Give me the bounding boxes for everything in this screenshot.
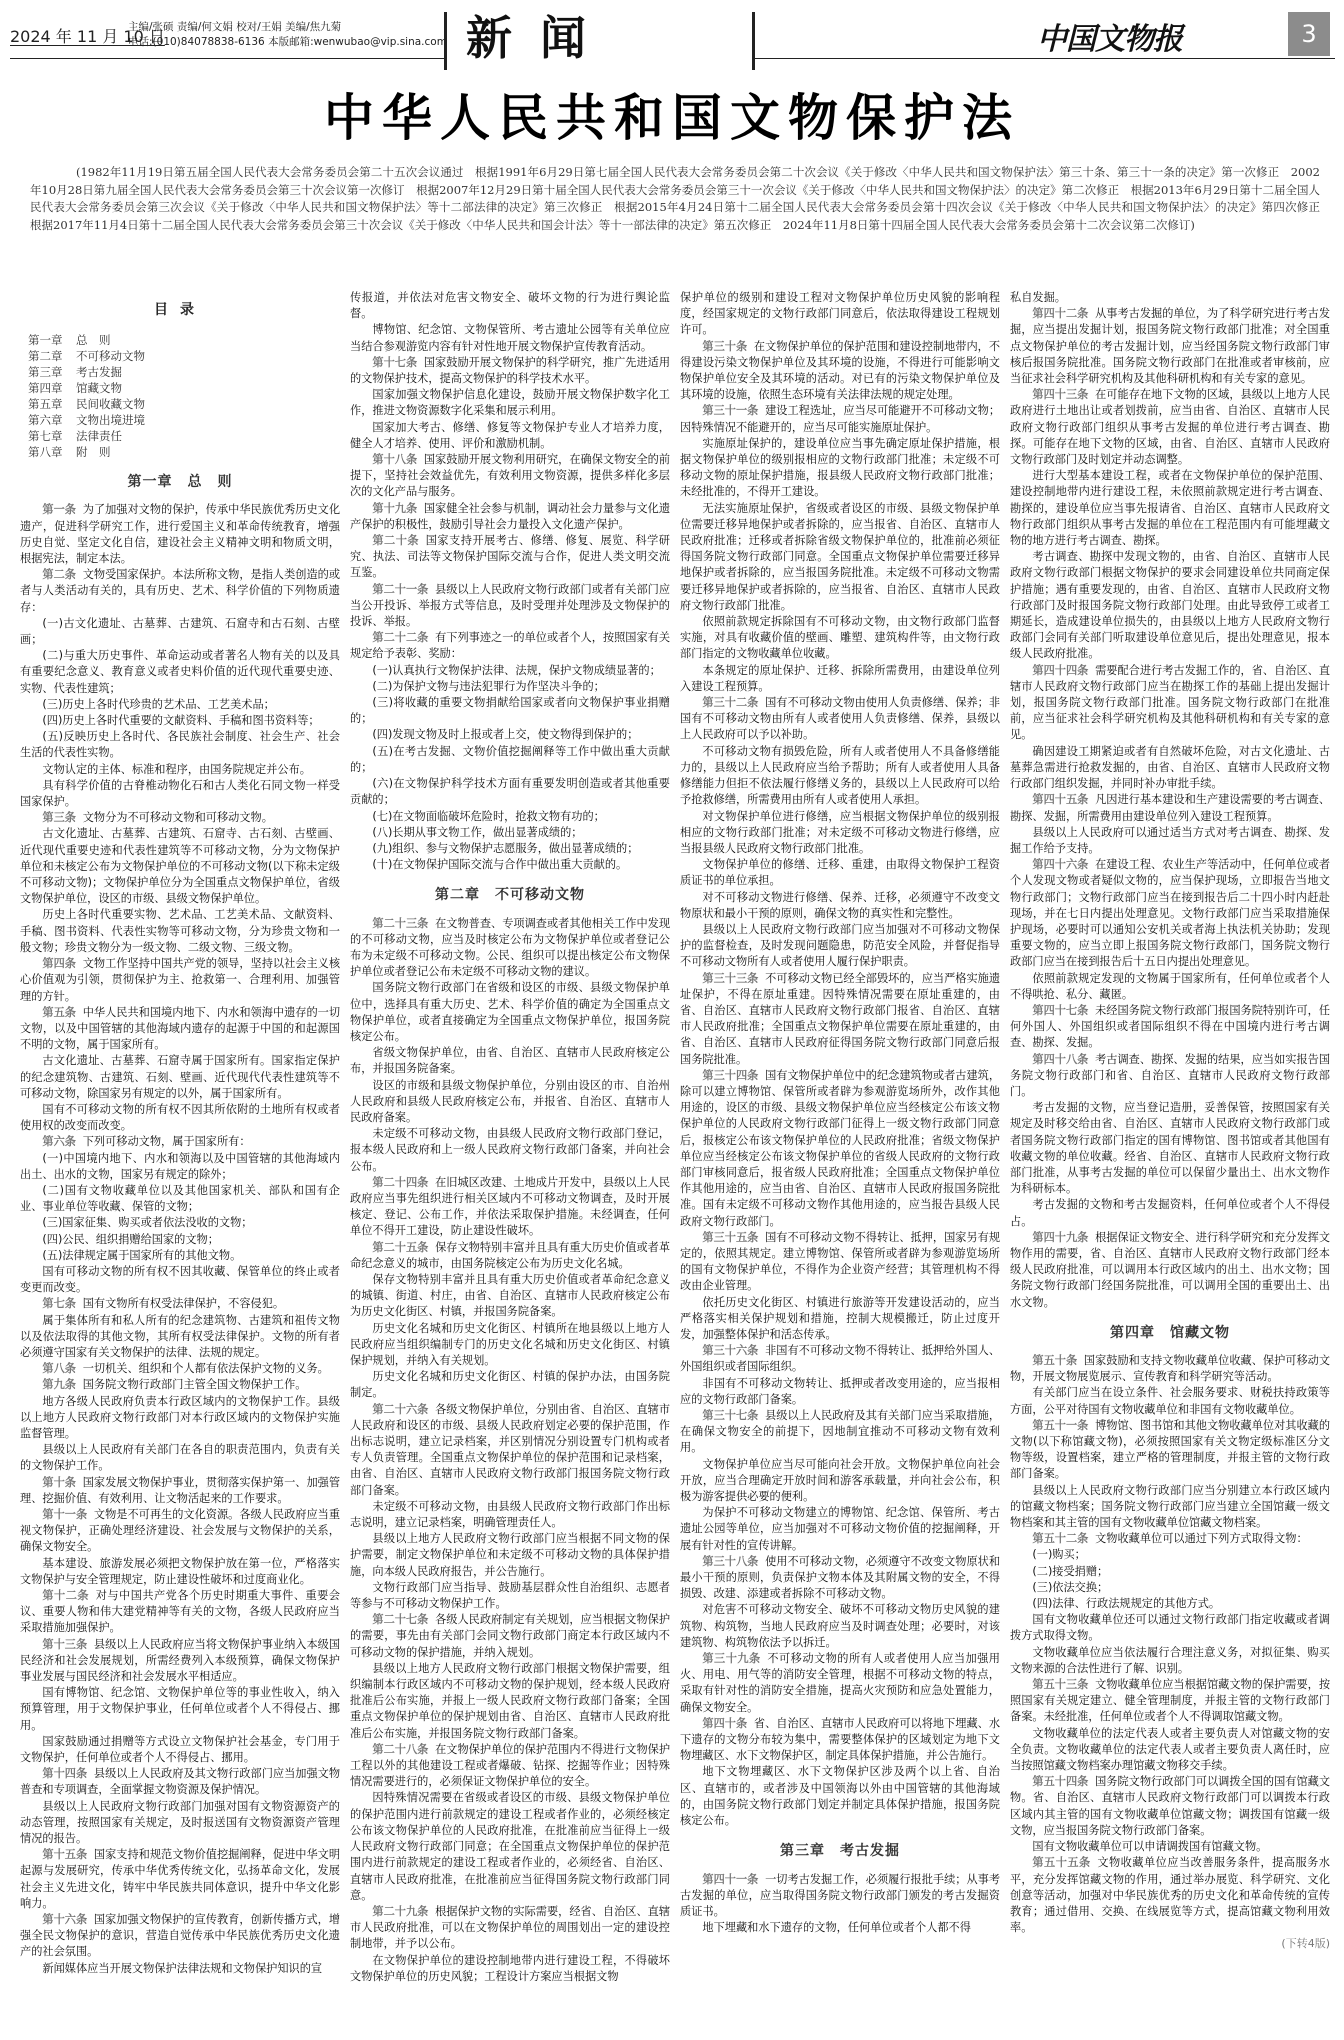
law-article: 第十九条国家健全社会参与机制，调动社会力量参与文化遗产保护的积极性，鼓励引导社会… (350, 501, 670, 533)
law-paragraph: 地方各级人民政府负责本行政区域内的文物保护工作。县级以上地方人民政府文物行政部门… (20, 1394, 340, 1443)
law-article: 第三十二条国有不可移动文物由使用人负责修缮、保养；非国有不可移动文物由所有人或者… (680, 695, 1000, 744)
paragraph-list: 私自发掘。第四十二条从事考古发掘的单位，为了科学研究进行考古发掘，应当提出发掘计… (1010, 290, 1330, 1311)
article-text: 历史文化名城和历史文化街区、村镇的保护办法，由国务院制定。 (350, 1370, 670, 1399)
article-number: 第十八条 (372, 453, 417, 466)
law-article: 第三十九条不可移动文物的所有人或者使用人应当加强用火、用电、用气等的消防安全管理… (680, 1651, 1000, 1716)
article-number: 第二十五条 (372, 1241, 428, 1254)
law-article: 第三十七条县级以上人民政府及其有关部门应当采取措施，在确保文物安全的前提下，因地… (680, 1408, 1000, 1457)
article-text: (九)组织、参与文物保护志愿服务，做出显著成绩的； (372, 842, 638, 855)
law-article: 第三十六条非国有不可移动文物不得转让、抵押给外国人、外国组织或者国际组织。 (680, 1343, 1000, 1375)
article-text: 国有文物保护单位中的纪念建筑物或者古建筑，除可以建立博物馆、保管所或者辟为参观游… (680, 1069, 1000, 1228)
law-paragraph: 国有博物馆、纪念馆、文物保护单位等的事业性收入，纳入预算管理，用于文物保护事业，… (20, 1685, 340, 1734)
article-text: 古文化遗址、古墓葬、石窟寺属于国家所有。国家指定保护的纪念建筑物、古建筑、石刻、… (20, 1054, 340, 1099)
law-paragraph: 在文物保护单位的建设控制地带内进行建设工程，不得破坏文物保护单位的历史风貌；工程… (350, 1953, 670, 1985)
article-text: 省级文物保护单位，由省、自治区、直辖市人民政府核定公布，并报国务院备案。 (350, 1046, 670, 1075)
law-paragraph: 历史文化名城和历史文化街区、村镇所在地县级以上地方人民政府应当组织编制专门的历史… (350, 1321, 670, 1370)
toc-chapter-number: 第七章 (28, 428, 76, 444)
table-of-contents: 第一章总 则第二章不可移动文物第三章考古发掘第四章馆藏文物第五章民间收藏文物第六… (20, 332, 340, 460)
article-text: (三)国家征集、购买或者依法没收的文物； (42, 1216, 252, 1229)
law-article: 第十三条县级以上人民政府应当将文物保护事业纳入本级国民经济和社会发展规划，所需经… (20, 1637, 340, 1686)
article-text: 新闻媒体应当开展文物保护法律法规和文物保护知识的宣 (42, 1962, 322, 1975)
law-article: 第十条国家发展文物保护事业，贯彻落实保护第一、加强管理、挖掘价值、有效利用、让文… (20, 1475, 340, 1507)
article-text: 县级以上人民政府文物行政部门应当分别建立本行政区域内的馆藏文物档案；国务院文物行… (1010, 1484, 1330, 1529)
law-paragraph: 依照前款规定拆除国有不可移动文物，由文物行政部门监督实施，对具有收藏价值的壁画、… (680, 614, 1000, 663)
article-text: (六)在文物保护科学技术方面有重要发明创造或者其他重要贡献的； (350, 777, 670, 806)
law-article: 第九条国务院文物行政部门主管全国文物保护工作。 (20, 1377, 340, 1393)
paragraph-list: 第一条为了加强对文物的保护，传承中华民族优秀历史文化遗产，促进科学研究工作，进行… (20, 502, 340, 1976)
law-article: 第十五条国家支持和规范文物价值挖掘阐释，促进中华文明起源与发展研究，传承中华优秀… (20, 1847, 340, 1912)
article-text: 县级以上地方人民政府文物行政部门应当根据不同文物的保护需要，制定文物保护单位和未… (350, 1532, 670, 1577)
law-paragraph: 古文化遗址、古墓葬、古建筑、石窟寺、古石刻、古壁画、近代现代重要史迹和代表性建筑… (20, 826, 340, 907)
chapter-heading: 第一章 总 则 (20, 474, 340, 490)
law-paragraph: 保存文物特别丰富并且具有重大历史价值或者革命纪念意义的城镇、街道、村庄，由省、自… (350, 1272, 670, 1321)
law-paragraph: (一)中国境内地下、内水和领海以及中国管辖的其他海域内出土、出水的文物，国家另有… (20, 1151, 340, 1183)
contact-line: 电话:(010)84078838-6136 本版邮箱:wenwubao@vip.… (128, 35, 447, 50)
article-text: 对不可移动文物进行修缮、保养、迁移，必须遵守不改变文物原状和最小干预的原则，确保… (680, 891, 1000, 920)
section-divider-left (444, 12, 447, 70)
article-text: 实施原址保护的，建设单位应当事先确定原址保护措施，根据文物保护单位的级别报相应的… (680, 437, 1000, 499)
toc-item[interactable]: 第一章总 则 (20, 332, 340, 348)
article-text: 县级以上人民政府文物行政部门应当加强对不可移动文物保护的监督检查，及时发现问题隐… (680, 923, 1000, 968)
law-article: 第十六条国家加强文物保护的宣传教育，创新传播方式，增强全民文物保护的意识，营造自… (20, 1912, 340, 1961)
section-name: 新闻 (466, 12, 614, 64)
law-paragraph: 考古调查、勘探中发现文物的，由省、自治区、直辖市人民政府文物行政部门根据文物保护… (1010, 549, 1330, 662)
article-number: 第三条 (42, 811, 76, 824)
law-paragraph: (三)历史上各时代珍贵的艺术品、工艺美术品； (20, 697, 340, 713)
article-number: 第二十一条 (372, 583, 428, 596)
law-article: 第五十二条文物收藏单位可以通过下列方式取得文物： (1010, 1531, 1330, 1547)
toc-chapter-number: 第四章 (28, 380, 76, 396)
column-3: 保护单位的级别和建设工程对文物保护单位历史风貌的影响程度，经国家规定的文物行政部… (680, 290, 1000, 2030)
article-text: 文物收藏单位可以通过下列方式取得文物： (1095, 1532, 1308, 1545)
law-paragraph: 国家鼓励通过捐赠等方式设立文物保护社会基金，专门用于文物保护，任何单位或者个人不… (20, 1734, 340, 1766)
article-number: 第四十九条 (1032, 1231, 1088, 1244)
law-paragraph: 国有文物收藏单位还可以通过文物行政部门指定收藏或者调拨方式取得文物。 (1010, 1612, 1330, 1644)
article-text: 考古调查、勘探中发现文物的，由省、自治区、直辖市人民政府文物行政部门根据文物保护… (1010, 550, 1330, 660)
article-title: 中华人民共和国文物保护法 (0, 88, 1344, 148)
law-paragraph: 县级以上人民政府文物行政部门加强对国有文物资源资产的动态管理，按照国家有关规定，… (20, 1799, 340, 1848)
article-text: (四)法律、行政法规规定的其他方式。 (1032, 1597, 1220, 1610)
article-text: 文物分为不可移动文物和可移动文物。 (83, 811, 273, 824)
article-number: 第五十五条 (1032, 1856, 1090, 1869)
law-paragraph: 地下文物埋藏区、水下文物保护区涉及两个以上省、自治区、直辖市的，或者涉及中国领海… (680, 1764, 1000, 1829)
article-text: 国有文物收藏单位还可以通过文物行政部门指定收藏或者调拨方式取得文物。 (1010, 1613, 1330, 1642)
article-text: 地下埋藏和水下遗存的文物，任何单位或者个人都不得 (702, 1921, 971, 1934)
law-paragraph: (三)国家征集、购买或者依法没收的文物； (20, 1215, 340, 1231)
law-article: 第三十条在文物保护单位的保护范围和建设控制地带内，不得建设污染文物保护单位及其环… (680, 339, 1000, 404)
law-paragraph: 本条规定的原址保护、迁移、拆除所需费用，由建设单位列入建设工程预算。 (680, 663, 1000, 695)
article-text: 文物收藏单位的法定代表人或者主要负责人对馆藏文物的安全负责。文物收藏单位的法定代… (1010, 1727, 1330, 1772)
law-paragraph: (三)将收藏的重要文物捐献给国家或者向文物保护事业捐赠的； (350, 695, 670, 727)
law-paragraph: (四)发现文物及时上报或者上交，使文物得到保护的； (350, 727, 670, 743)
law-paragraph: (四)历史上各时代重要的文献资料、手稿和图书资料等； (20, 713, 340, 729)
article-text: 国有博物馆、纪念馆、文物保护单位等的事业性收入，纳入预算管理，用于文物保护事业，… (20, 1686, 340, 1731)
law-paragraph: 为保护不可移动文物建立的博物馆、纪念馆、保管所、考古遗址公园等单位，应当加强对不… (680, 1505, 1000, 1554)
article-text: 属于集体所有和私人所有的纪念建筑物、古建筑和祖传文物以及依法取得的其他文物，其所… (20, 1314, 340, 1359)
article-text: 保护单位的级别和建设工程对文物保护单位历史风貌的影响程度，经国家规定的文物行政部… (680, 291, 1000, 336)
law-article: 第五十五条文物收藏单位应当改善服务条件，提高服务水平，充分发挥馆藏文物的作用，通… (1010, 1855, 1330, 1936)
article-number: 第三十四条 (702, 1069, 758, 1082)
law-paragraph: 无法实施原址保护，省级或者设区的市级、县级文物保护单位需要迁移异地保护或者拆除的… (680, 501, 1000, 614)
paragraph-list: 传报道，并依法对危害文物安全、破坏文物的行为进行舆论监督。博物馆、纪念馆、文物保… (350, 290, 670, 873)
law-paragraph: (九)组织、参与文物保护志愿服务，做出显著成绩的； (350, 841, 670, 857)
toc-item[interactable]: 第二章不可移动文物 (20, 348, 340, 364)
article-text: (一)认真执行文物保护法律、法规，保护文物成绩显著的； (372, 664, 660, 677)
article-number: 第四十六条 (1032, 858, 1088, 871)
article-text: 在文物保护单位的建设控制地带内进行建设工程，不得破坏文物保护单位的历史风貌；工程… (350, 1954, 670, 1983)
article-text: 国家加强文物保护信息化建设，鼓励开展文物保护数字化工作，推进文物资源数字化采集和… (350, 388, 670, 417)
toc-item[interactable]: 第三章考古发掘 (20, 364, 340, 380)
law-paragraph: 地下埋藏和水下遗存的文物，任何单位或者个人都不得 (680, 1920, 1000, 1936)
law-paragraph: (五)在考古发掘、文物价值挖掘阐释等工作中做出重大贡献的； (350, 744, 670, 776)
law-article: 第一条为了加强对文物的保护，传承中华民族优秀历史文化遗产，促进科学研究工作，进行… (20, 502, 340, 567)
article-number: 第十四条 (42, 1767, 87, 1780)
article-text: 在建设工程、农业生产等活动中，任何单位或者个人发现文物或者疑似文物的，应当保护现… (1010, 858, 1330, 968)
law-article: 第二十六条各级文物保护单位，分别由省、自治区、直辖市人民政府和设区的市级、县级人… (350, 1402, 670, 1499)
law-paragraph: 具有科学价值的古脊椎动物化石和古人类化石同文物一样受国家保护。 (20, 778, 340, 810)
law-paragraph: 有关部门应当在设立条件、社会服务要求、财税扶持政策等方面，公平对待国有文物收藏单… (1010, 1385, 1330, 1417)
article-text: 国务院文物行政部门主管全国文物保护工作。 (83, 1378, 307, 1391)
article-text: (一)中国境内地下、内水和领海以及中国管辖的其他海域内出土、出水的文物，国家另有… (20, 1152, 340, 1181)
article-text: 国家鼓励通过捐赠等方式设立文物保护社会基金，专门用于文物保护，任何单位或者个人不… (20, 1735, 340, 1764)
law-paragraph: 属于集体所有和私人所有的纪念建筑物、古建筑和祖传文物以及依法取得的其他文物，其所… (20, 1313, 340, 1362)
law-article: 第四条文物工作坚持中国共产党的领导，坚持以社会主义核心价值观为引领，贯彻保护为主… (20, 956, 340, 1005)
law-article: 第三条文物分为不可移动文物和可移动文物。 (20, 810, 340, 826)
article-text: 文物收藏单位应当依法履行合理注意义务，对拟征集、购买文物来源的合法性进行了解、识… (1010, 1646, 1330, 1675)
law-article: 第四十九条根据保证文物安全、进行科学研究和充分发挥文物作用的需要，省、自治区、直… (1010, 1230, 1330, 1311)
law-article: 第二十五条保存文物特别丰富并且具有重大历史价值或者革命纪念意义的城市，由国务院核… (350, 1240, 670, 1272)
law-paragraph: 县级以上人民政府文物行政部门应当加强对不可移动文物保护的监督检查，及时发现问题隐… (680, 922, 1000, 971)
article-text: 古文化遗址、古墓葬、古建筑、石窟寺、古石刻、古壁画、近代现代重要史迹和代表性建筑… (20, 827, 340, 905)
article-text: 县级以上人民政府可以通过适当方式对考古调查、勘探、发掘工作给予支持。 (1010, 826, 1330, 855)
law-article: 第十七条国家鼓励开展文物保护的科学研究，推广先进适用的文物保护技术，提高文物保护… (350, 355, 670, 387)
article-number: 第二十条 (372, 534, 419, 547)
law-paragraph: 考古发掘的文物和考古发掘资料，任何单位或者个人不得侵占。 (1010, 1197, 1330, 1229)
toc-chapter-number: 第六章 (28, 412, 76, 428)
article-number: 第四十一条 (702, 1873, 758, 1886)
law-paragraph: 因特殊情况需要在省级或者设区的市级、县级文物保护单位的保护范围内进行前款规定的建… (350, 1790, 670, 1903)
article-text: 私自发掘。 (1010, 291, 1066, 304)
article-text: (五)法律规定属于国家所有的其他文物。 (42, 1249, 241, 1262)
law-article: 第二十条国家支持开展考古、修缮、修复、展览、科学研究、执法、司法等文物保护国际交… (350, 533, 670, 582)
law-article: 第二十八条在文物保护单位的保护范围内不得进行文物保护工程以外的其他建设工程或者爆… (350, 1742, 670, 1791)
law-paragraph: (六)在文物保护科学技术方面有重要发明创造或者其他重要贡献的； (350, 776, 670, 808)
article-number: 第三十一条 (702, 404, 758, 417)
article-text: (七)在文物面临破坏危险时，抢救文物有功的； (372, 810, 604, 823)
law-paragraph: (八)长期从事文物工作，做出显著成绩的； (350, 825, 670, 841)
toc-item[interactable]: 第八章附 则 (20, 444, 340, 460)
article-text: (四)发现文物及时上报或者上交，使文物得到保护的； (372, 728, 638, 741)
law-article: 第四十七条未经国务院文物行政部门报国务院特别许可，任何外国人、外国组织或者国际组… (1010, 1003, 1330, 1052)
toc-chapter-name: 附 则 (76, 445, 111, 459)
article-number: 第十五条 (42, 1848, 87, 1861)
law-article: 第二条文物受国家保护。本法所称文物，是指人类创造的或者与人类活动有关的，具有历史… (20, 567, 340, 616)
law-paragraph: 实施原址保护的，建设单位应当事先确定原址保护措施，根据文物保护单位的级别报相应的… (680, 436, 1000, 501)
article-text: 一切机关、组织和个人都有依法保护文物的义务。 (83, 1362, 329, 1375)
law-article: 第三十八条使用不可移动文物，必须遵守不改变文物原状和最小干预的原则，负责保护文物… (680, 1554, 1000, 1603)
article-number: 第十条 (42, 1476, 76, 1489)
article-body: 目录 第一章总 则第二章不可移动文物第三章考古发掘第四章馆藏文物第五章民间收藏文… (20, 290, 1334, 2030)
law-article: 第七条国有文物所有权受法律保护，不容侵犯。 (20, 1296, 340, 1312)
toc-title: 目录 (20, 302, 340, 318)
law-article: 第四十条省、自治区、直辖市人民政府可以将地下埋藏、水下遗存的文物分布较为集中，需… (680, 1716, 1000, 1765)
article-text: 下列可移动文物，属于国家所有： (83, 1135, 251, 1148)
toc-chapter-name: 文物出境进境 (76, 413, 145, 427)
law-preamble: (1982年11月19日第五届全国人民代表大会常务委员会第二十五次会议通过 根据… (30, 164, 1320, 234)
article-text: 基本建设、旅游发展必须把文物保护放在第一位，严格落实文物保护与安全管理规定，防止… (20, 1557, 340, 1586)
article-number: 第三十条 (702, 340, 747, 353)
article-number: 第二条 (42, 568, 76, 581)
toc-item[interactable]: 第六章文物出境进境 (20, 412, 340, 428)
law-paragraph: 县级以上人民政府文物行政部门应当分别建立本行政区域内的馆藏文物档案；国务院文物行… (1010, 1483, 1330, 1532)
article-text: 国家加大考古、修缮、修复等文物保护专业人才培养力度，健全人才培养、使用、评价和激… (350, 421, 670, 450)
article-text: 确因建设工期紧迫或者有自然破坏危险，对古文化遗址、古墓葬急需进行抢救发掘的，由省… (1010, 745, 1330, 790)
law-paragraph: 非国有不可移动文物转让、抵押或者改变用途的，应当报相应的文物行政部门备案。 (680, 1376, 1000, 1408)
article-text: 设区的市级和县级文物保护单位，分别由设区的市、自治州人民政府和县级人民政府核定公… (350, 1079, 670, 1124)
article-text: 未定级不可移动文物，由县级人民政府文物行政部门作出标志说明，建立记录档案，明确管… (350, 1500, 670, 1529)
article-text: 无法实施原址保护，省级或者设区的市级、县级文物保护单位需要迁移异地保护或者拆除的… (680, 502, 1000, 612)
law-article: 第四十一条一切考古发掘工作，必须履行报批手续；从事考古发掘的单位，应当取得国务院… (680, 1872, 1000, 1921)
toc-item[interactable]: 第七章法律责任 (20, 428, 340, 444)
article-text: 国有文物收藏单位可以申请调拨国有馆藏文物。 (1032, 1840, 1267, 1853)
law-paragraph: 依照前款规定发现的文物属于国家所有，任何单位或者个人不得哄抢、私分、藏匿。 (1010, 971, 1330, 1003)
article-text: 国有不可移动文物的所有权不因其所依附的土地所有权或者使用权的改变而改变。 (20, 1103, 340, 1132)
article-text: 非国有不可移动文物转让、抵押或者改变用途的，应当报相应的文物行政部门备案。 (680, 1377, 1000, 1406)
article-text: 依照前款规定拆除国有不可移动文物，由文物行政部门监督实施，对具有收藏价值的壁画、… (680, 615, 1000, 660)
article-number: 第二十三条 (372, 917, 428, 930)
editor-line: 主编/张硕 责编/何文娟 校对/王娟 美编/焦九菊 (128, 20, 447, 35)
article-text: 县级以上地方人民政府文物行政部门根据文物保护需要，组织编制本行政区域内不可移动文… (350, 1662, 670, 1740)
law-paragraph: 历史上各时代重要实物、艺术品、工艺美术品、文献资料、手稿、图书资料、代表性实物等… (20, 907, 340, 956)
law-article: 第四十六条在建设工程、农业生产等活动中，任何单位或者个人发现文物或者疑似文物的，… (1010, 857, 1330, 970)
article-number: 第二十六条 (372, 1403, 428, 1416)
article-text: (十)在文物保护国际交流与合作中做出重大贡献的。 (372, 858, 627, 871)
article-number: 第三十五条 (702, 1231, 758, 1244)
toc-chapter-name: 总 则 (76, 333, 111, 347)
article-text: 依照前款规定发现的文物属于国家所有，任何单位或者个人不得哄抢、私分、藏匿。 (1010, 972, 1330, 1001)
article-number: 第七条 (42, 1297, 76, 1310)
article-text: 为保护不可移动文物建立的博物馆、纪念馆、保管所、考古遗址公园等单位，应当加强对不… (680, 1506, 1000, 1551)
law-article: 第十一条文物是不可再生的文化资源。各级人民政府应当重视文物保护，正确处理经济建设… (20, 1507, 340, 1556)
toc-chapter-number: 第二章 (28, 348, 76, 364)
law-paragraph: 国务院文物行政部门在省级和设区的市级、县级文物保护单位中，选择具有重大历史、艺术… (350, 980, 670, 1045)
masthead-rule-left (10, 58, 444, 59)
article-number: 第三十九条 (702, 1652, 760, 1665)
law-paragraph: 国家加大考古、修缮、修复等文物保护专业人才培养力度，健全人才培养、使用、评价和激… (350, 420, 670, 452)
article-number: 第四十三条 (1032, 388, 1088, 401)
law-article: 第三十三条不可移动文物已经全部毁坏的，应当严格实施遗址保护，不得在原址重建。因特… (680, 971, 1000, 1068)
toc-chapter-name: 不可移动文物 (76, 349, 145, 363)
law-paragraph: 未定级不可移动文物，由县级人民政府文物行政部门作出标志说明，建立记录档案，明确管… (350, 1499, 670, 1531)
article-number: 第十三条 (42, 1638, 87, 1651)
article-number: 第一条 (42, 503, 76, 516)
law-paragraph: 传报道，并依法对危害文物安全、破坏文物的行为进行舆论监督。 (350, 290, 670, 322)
article-number: 第十一条 (42, 1508, 87, 1521)
article-text: (四)公民、组织捐赠给国家的文物； (42, 1233, 219, 1246)
article-number: 第三十二条 (702, 696, 758, 709)
law-paragraph: 对危害不可移动文物安全、破坏不可移动文物历史风貌的建筑物、构筑物，当地人民政府应… (680, 1602, 1000, 1651)
article-text: 进行大型基本建设工程，或者在文物保护单位的保护范围、建设控制地带内进行建设工程，… (1010, 469, 1330, 547)
law-paragraph: (七)在文物面临破坏危险时，抢救文物有功的； (350, 809, 670, 825)
newspaper-logo: 中国文物报 (1037, 14, 1182, 58)
column-4: 私自发掘。第四十二条从事考古发掘的单位，为了科学研究进行考古发掘，应当提出发掘计… (1010, 290, 1330, 2030)
article-number: 第十六条 (42, 1913, 87, 1926)
article-text: 地下文物埋藏区、水下文物保护区涉及两个以上省、自治区、直辖市的，或者涉及中国领海… (680, 1765, 1000, 1827)
article-text: 文物认定的主体、标准和程序，由国务院规定并公布。 (42, 763, 311, 776)
law-paragraph: 省级文物保护单位，由省、自治区、直辖市人民政府核定公布，并报国务院备案。 (350, 1045, 670, 1077)
toc-item[interactable]: 第五章民间收藏文物 (20, 396, 340, 412)
law-paragraph: 依托历史文化街区、村镇进行旅游等开发建设活动的，应当严格落实相关保护规划和措施，… (680, 1295, 1000, 1344)
article-text: 文物行政部门应当指导、鼓励基层群众性自治组织、志愿者等参与不可移动文物保护工作。 (350, 1581, 670, 1610)
law-paragraph: 古文化遗址、古墓葬、石窟寺属于国家所有。国家指定保护的纪念建筑物、古建筑、石刻、… (20, 1053, 340, 1102)
article-number: 第五十二条 (1032, 1532, 1088, 1545)
law-paragraph: (二)与重大历史事件、革命运动或者著名人物有关的以及具有重要纪念意义、教育意义或… (20, 648, 340, 697)
article-text: 国有可移动文物的所有权不因其收藏、保管单位的终止或者变更而改变。 (20, 1265, 340, 1294)
article-text: (四)历史上各时代重要的文献资料、手稿和图书资料等； (42, 714, 319, 727)
article-number: 第二十九条 (372, 1905, 428, 1918)
law-paragraph: 保护单位的级别和建设工程对文物保护单位历史风貌的影响程度，经国家规定的文物行政部… (680, 290, 1000, 339)
article-number: 第四十八条 (1032, 1053, 1088, 1066)
paragraph-list: 第四十一条一切考古发掘工作，必须履行报批手续；从事考古发掘的单位，应当取得国务院… (680, 1872, 1000, 1937)
toc-chapter-name: 考古发掘 (76, 365, 122, 379)
toc-chapter-name: 民间收藏文物 (76, 397, 145, 411)
law-paragraph: 对不可移动文物进行修缮、保养、迁移，必须遵守不改变文物原状和最小干预的原则，确保… (680, 890, 1000, 922)
law-paragraph: (一)认真执行文物保护法律、法规，保护文物成绩显著的； (350, 663, 670, 679)
article-number: 第四条 (42, 957, 76, 970)
law-article: 第十八条国家鼓励开展文物利用研究，在确保文物安全的前提下，坚持社会效益优先，有效… (350, 452, 670, 501)
law-paragraph: 国家加强文物保护信息化建设，鼓励开展文物保护数字化工作，推进文物资源数字化采集和… (350, 387, 670, 419)
law-article: 第四十二条从事考古发掘的单位，为了科学研究进行考古发掘，应当提出发掘计划，报国务… (1010, 306, 1330, 387)
law-article: 第五十四条国务院文物行政部门可以调拨全国的国有馆藏文物。省、自治区、直辖市人民政… (1010, 1774, 1330, 1839)
law-paragraph: (五)法律规定属于国家所有的其他文物。 (20, 1248, 340, 1264)
toc-chapter-number: 第三章 (28, 364, 76, 380)
article-number: 第五十条 (1032, 1354, 1077, 1367)
chapter-heading: 第四章 馆藏文物 (1010, 1325, 1330, 1341)
article-text: (八)长期从事文物工作，做出显著成绩的； (372, 826, 582, 839)
article-text: 历史上各时代重要实物、艺术品、工艺美术品、文献资料、手稿、图书资料、代表性实物等… (20, 908, 340, 953)
law-paragraph: (二)为保护文物与违法犯罪行为作坚决斗争的； (350, 679, 670, 695)
law-paragraph: 文物认定的主体、标准和程序，由国务院规定并公布。 (20, 762, 340, 778)
law-article: 第五十三条文物收藏单位应当根据馆藏文物的保护需要，按照国家有关规定建立、健全管理… (1010, 1677, 1330, 1726)
article-number: 第十九条 (372, 502, 417, 515)
article-text: (三)历史上各时代珍贵的艺术品、工艺美术品； (42, 698, 274, 711)
law-paragraph: 国有文物收藏单位可以申请调拨国有馆藏文物。 (1010, 1839, 1330, 1855)
article-text: (一)古文化遗址、古墓葬、古建筑、石窟寺和古石刻、古壁画； (20, 617, 340, 646)
law-article: 第五十一条博物馆、图书馆和其他文物收藏单位对其收藏的文物(以下称馆藏文物)，必须… (1010, 1418, 1330, 1483)
law-paragraph: (三)依法交换； (1010, 1580, 1330, 1596)
law-paragraph: (二)国有文物收藏单位以及其他国家机关、部队和国有企业、事业单位等收藏、保管的文… (20, 1183, 340, 1215)
article-number: 第五十四条 (1032, 1775, 1088, 1788)
law-paragraph: (二)接受捐赠； (1010, 1564, 1330, 1580)
law-paragraph: 文物收藏单位应当依法履行合理注意义务，对拟征集、购买文物来源的合法性进行了解、识… (1010, 1645, 1330, 1677)
chapter-heading: 第二章 不可移动文物 (350, 887, 670, 903)
article-number: 第六条 (42, 1135, 76, 1148)
article-number: 第十二条 (42, 1589, 89, 1602)
law-paragraph: 博物馆、纪念馆、文物保管所、考古遗址公园等有关单位应当结合参观游览内容有针对性地… (350, 322, 670, 354)
law-paragraph: 历史文化名城和历史文化街区、村镇的保护办法，由国务院制定。 (350, 1369, 670, 1401)
article-text: 地方各级人民政府负责本行政区域内的文物保护工作。县级以上地方人民政府文物行政部门… (20, 1395, 340, 1440)
law-paragraph: 考古发掘的文物，应当登记造册，妥善保管，按照国家有关规定及时移交给由省、自治区、… (1010, 1100, 1330, 1197)
article-text: (二)国有文物收藏单位以及其他国家机关、部队和国有企业、事业单位等收藏、保管的文… (20, 1184, 340, 1213)
toc-chapter-name: 法律责任 (76, 429, 122, 443)
law-paragraph: 国有不可移动文物的所有权不因其所依附的土地所有权或者使用权的改变而改变。 (20, 1102, 340, 1134)
law-paragraph: (四)法律、行政法规规定的其他方式。 (1010, 1596, 1330, 1612)
law-article: 第四十五条凡因进行基本建设和生产建设需要的考古调查、勘探、发掘，所需费用由建设单… (1010, 792, 1330, 824)
law-paragraph: (四)公民、组织捐赠给国家的文物； (20, 1232, 340, 1248)
article-number: 第三十三条 (702, 972, 758, 985)
article-number: 第四十七条 (1032, 1004, 1088, 1017)
article-number: 第三十七条 (702, 1409, 758, 1422)
toc-item[interactable]: 第四章馆藏文物 (20, 380, 340, 396)
article-text: (一)购买； (1032, 1548, 1085, 1561)
article-text: (二)与重大历史事件、革命运动或者著名人物有关的以及具有重要纪念意义、教育意义或… (20, 649, 340, 694)
law-paragraph: (五)反映历史上各时代、各民族社会制度、社会生产、社会生活的代表性实物。 (20, 729, 340, 761)
law-paragraph: 未定级不可移动文物，由县级人民政府文物行政部门登记，报本级人民政府和上一级人民政… (350, 1126, 670, 1175)
article-text: 未定级不可移动文物，由县级人民政府文物行政部门登记，报本级人民政府和上一级人民政… (350, 1127, 670, 1172)
law-article: 第二十四条在旧城区改建、土地成片开发中，县级以上人民政府应当事先组织进行相关区域… (350, 1175, 670, 1240)
law-article: 第二十二条有下列事迹之一的单位或者个人，按照国家有关规定给予表彰、奖励： (350, 630, 670, 662)
law-paragraph: 国有可移动文物的所有权不因其收藏、保管单位的终止或者变更而改变。 (20, 1264, 340, 1296)
law-paragraph: 县级以上人民政府可以通过适当方式对考古调查、勘探、发掘工作给予支持。 (1010, 825, 1330, 857)
article-text: 本条规定的原址保护、迁移、拆除所需费用，由建设单位列入建设工程预算。 (680, 664, 1000, 693)
article-text: (二)为保护文物与违法犯罪行为作坚决斗争的； (372, 680, 604, 693)
section-divider-right (752, 12, 755, 70)
article-number: 第九条 (42, 1378, 76, 1391)
article-text: 对危害不可移动文物安全、破坏不可移动文物历史风貌的建筑物、构筑物，当地人民政府应… (680, 1603, 1000, 1648)
article-text: (五)反映历史上各时代、各民族社会制度、社会生产、社会生活的代表性实物。 (20, 730, 340, 759)
article-text: (三)将收藏的重要文物捐献给国家或者向文物保护事业捐赠的； (350, 696, 670, 725)
law-article: 第五条中华人民共和国境内地下、内水和领海中遗存的一切文物，以及中国管辖的其他海域… (20, 1005, 340, 1054)
page-number-badge: 3 (1288, 12, 1330, 56)
law-article: 第二十七条各级人民政府制定有关规划，应当根据文物保护的需要，事先由有关部门会同文… (350, 1612, 670, 1661)
law-article: 第六条下列可移动文物，属于国家所有： (20, 1134, 340, 1150)
article-text: 具有科学价值的古脊椎动物化石和古人类化石同文物一样受国家保护。 (20, 779, 340, 808)
article-number: 第五条 (42, 1006, 76, 1019)
article-number: 第三十六条 (702, 1344, 758, 1357)
column-2: 传报道，并依法对危害文物安全、破坏文物的行为进行舆论监督。博物馆、纪念馆、文物保… (350, 290, 670, 2030)
law-paragraph: 文物保护单位的修缮、迁移、重建，由取得文物保护工程资质证书的单位承担。 (680, 857, 1000, 889)
law-paragraph: 县级以上人民政府有关部门在各自的职责范围内，负责有关的文物保护工作。 (20, 1442, 340, 1474)
article-number: 第五十一条 (1032, 1419, 1088, 1432)
law-paragraph: (十)在文物保护国际交流与合作中做出重大贡献的。 (350, 857, 670, 873)
law-article: 第三十四条国有文物保护单位中的纪念建筑物或者古建筑，除可以建立博物馆、保管所或者… (680, 1068, 1000, 1230)
law-article: 第四十四条需要配合进行考古发掘工作的，省、自治区、直辖市人民政府文物行政部门应当… (1010, 663, 1330, 744)
toc-chapter-name: 馆藏文物 (76, 381, 122, 395)
continued-on-page-note[interactable]: (下转4版) (1010, 1936, 1330, 1952)
law-article: 第三十五条国有不可移动文物不得转让、抵押，国家另有规定的，依照其规定。建立博物馆… (680, 1230, 1000, 1295)
law-article: 第八条一切机关、组织和个人都有依法保护文物的义务。 (20, 1361, 340, 1377)
article-text: 文物保护单位应当尽可能向社会开放。文物保护单位向社会开放，应当合理确定开放时间和… (680, 1458, 1000, 1503)
law-article: 第五十条国家鼓励和支持文物收藏单位收藏、保护可移动文物，开展文物展览展示、宣传教… (1010, 1353, 1330, 1385)
toc-chapter-number: 第八章 (28, 444, 76, 460)
law-paragraph: 文物保护单位应当尽可能向社会开放。文物保护单位向社会开放，应当合理确定开放时间和… (680, 1457, 1000, 1506)
article-text: 博物馆、纪念馆、文物保管所、考古遗址公园等有关单位应当结合参观游览内容有针对性地… (350, 323, 670, 352)
article-text: 有关部门应当在设立条件、社会服务要求、财税扶持政策等方面，公平对待国有文物收藏单… (1010, 1386, 1330, 1415)
article-text: 县级以上人民政府有关部门在各自的职责范围内，负责有关的文物保护工作。 (20, 1443, 340, 1472)
article-text: 保存文物特别丰富并且具有重大历史价值或者革命纪念意义的城镇、街道、村庄，由省、自… (350, 1273, 670, 1318)
law-paragraph: 不可移动文物有损毁危险，所有人或者使用人不具备修缮能力的，县级以上人民政府应当给… (680, 744, 1000, 809)
article-number: 第四十四条 (1032, 664, 1088, 677)
chapter-heading: 第三章 考古发掘 (680, 1843, 1000, 1859)
article-text: (五)在考古发掘、文物价值挖掘阐释等工作中做出重大贡献的； (350, 745, 670, 774)
law-paragraph: 文物收藏单位的法定代表人或者主要负责人对馆藏文物的安全负责。文物收藏单位的法定代… (1010, 1726, 1330, 1775)
article-number: 第四十二条 (1032, 307, 1088, 320)
article-text: 考古发掘的文物和考古发掘资料，任何单位或者个人不得侵占。 (1010, 1198, 1330, 1227)
article-text: 对文物保护单位进行修缮，应当根据文物保护单位的级别报相应的文物行政部门批准；对未… (680, 810, 1000, 855)
staff-credits: 主编/张硕 责编/何文娟 校对/王娟 美编/焦九菊 电话:(010)840788… (128, 20, 447, 50)
law-article: 第二十九条根据保护文物的实际需要，经省、自治区、直辖市人民政府批准，可以在文物保… (350, 1904, 670, 1953)
article-text: 历史文化名城和历史文化街区、村镇所在地县级以上地方人民政府应当组织编制专门的历史… (350, 1322, 670, 1367)
